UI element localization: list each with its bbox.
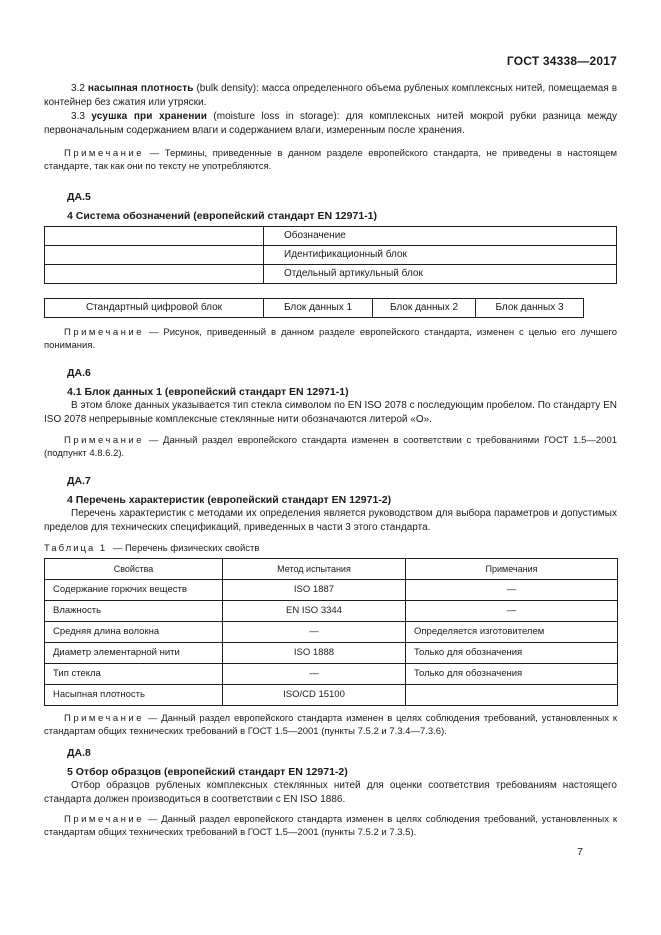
term-name: усушка при хранении: [91, 111, 207, 122]
doc-number: ГОСТ 34338—2017: [44, 54, 617, 68]
term-number: 3.3: [71, 111, 85, 122]
physical-properties-table: Свойства Метод испытания Примечания Соде…: [44, 558, 618, 706]
note-terms: Примечание — Термины, приведенные в данн…: [44, 147, 617, 173]
table-cell: Влажность: [45, 601, 223, 622]
table-row: Содержание горючих веществ ISO 1887 —: [45, 580, 618, 601]
table-cell: Средняя длина волокна: [45, 622, 223, 643]
note-label: Примечание: [64, 435, 144, 446]
table-row: Влажность EN ISO 3344 —: [45, 601, 618, 622]
table-cell: Насыпная плотность: [45, 685, 223, 706]
section-body-da7: Перечень характеристик с методами их опр…: [44, 507, 617, 535]
term-name: насыпная плотность: [88, 83, 194, 94]
column-header: Свойства: [45, 559, 223, 580]
section-label-da6: ДА.6: [44, 366, 617, 380]
caption-dash: —: [113, 543, 123, 554]
note-dash: —: [149, 435, 159, 446]
section-heading-characteristics: 4 Перечень характеристик (европейский ст…: [44, 493, 617, 507]
note-label: Примечание: [64, 814, 144, 825]
designation-table: Обозначение Идентификационный блок Отдел…: [44, 226, 617, 284]
table-cell: Блок данных 1: [264, 299, 373, 318]
note-da6: Примечание — Данный раздел европейского …: [44, 434, 617, 460]
table-row: Стандартный цифровой блок Блок данных 1 …: [45, 299, 584, 318]
data-blocks-table: Стандартный цифровой блок Блок данных 1 …: [44, 298, 584, 318]
column-header: Метод испытания: [223, 559, 406, 580]
table-cell: ISO 1887: [223, 580, 406, 601]
note-label: Примечание: [64, 713, 144, 724]
term-definition-3-3: 3.3 усушка при хранении (moisture loss i…: [44, 110, 617, 138]
table1-caption: Таблица 1 — Перечень физических свойств: [44, 542, 617, 555]
table-cell: Идентификационный блок: [264, 246, 617, 265]
section-label-da8: ДА.8: [44, 746, 617, 760]
table-cell: [406, 685, 618, 706]
table-header-row: Свойства Метод испытания Примечания: [45, 559, 618, 580]
table-row: Тип стекла — Только для обозначения: [45, 664, 618, 685]
term-number: 3.2: [71, 83, 85, 94]
table-cell: Отдельный артикульный блок: [264, 265, 617, 284]
table-cell: —: [406, 601, 618, 622]
section-heading-sampling: 5 Отбор образцов (европейский стандарт E…: [44, 765, 617, 779]
note-dash: —: [148, 814, 158, 825]
table-cell: EN ISO 3344: [223, 601, 406, 622]
table1-caption-text: Перечень физических свойств: [125, 543, 259, 554]
note-dash: —: [148, 713, 158, 724]
column-header: Примечания: [406, 559, 618, 580]
table-row: Идентификационный блок: [45, 246, 617, 265]
section-heading-designation-system: 4 Система обозначений (европейский станд…: [44, 209, 617, 223]
table-cell: Содержание горючих веществ: [45, 580, 223, 601]
table1-caption-label: Таблица 1: [44, 543, 107, 554]
table-cell: ISO 1888: [223, 643, 406, 664]
table-row: Отдельный артикульный блок: [45, 265, 617, 284]
document-page: ГОСТ 34338—2017 3.2 насыпная плотность (…: [0, 0, 661, 935]
section-body-da6: В этом блоке данных указывается тип стек…: [44, 399, 617, 427]
table-row: Насыпная плотность ISO/CD 15100: [45, 685, 618, 706]
note-figure: Примечание — Рисунок, приведенный в данн…: [44, 326, 617, 352]
table-cell-empty: [45, 246, 264, 265]
note-da8: Примечание — Данный раздел европейского …: [44, 813, 617, 839]
table-cell: Только для обозначения: [406, 643, 618, 664]
section-label-da5: ДА.5: [44, 190, 617, 204]
section-label-da7: ДА.7: [44, 474, 617, 488]
section-body-da8: Отбор образцов рубленых комплексных стек…: [44, 779, 617, 807]
table-cell: —: [223, 622, 406, 643]
term-definition-3-2: 3.2 насыпная плотность (bulk density): м…: [44, 82, 617, 110]
note-label: Примечание: [64, 327, 144, 338]
table-cell: ISO/CD 15100: [223, 685, 406, 706]
table-cell: Блок данных 2: [373, 299, 476, 318]
table-cell: Блок данных 3: [476, 299, 584, 318]
table-cell: Определяется изготовителем: [406, 622, 618, 643]
table-row: Средняя длина волокна — Определяется изг…: [45, 622, 618, 643]
table-row: Диаметр элементарной нити ISO 1888 Тольк…: [45, 643, 618, 664]
note-dash: —: [150, 148, 160, 159]
table-row: Обозначение: [45, 227, 617, 246]
table-cell: —: [223, 664, 406, 685]
table-cell: —: [406, 580, 618, 601]
table-cell: Обозначение: [264, 227, 617, 246]
note-label: Примечание: [64, 148, 144, 159]
section-heading-data-block-1: 4.1 Блок данных 1 (европейский стандарт …: [44, 385, 617, 399]
table-cell: Стандартный цифровой блок: [45, 299, 264, 318]
note-dash: —: [149, 327, 159, 338]
table-cell-empty: [45, 227, 264, 246]
page-number: 7: [44, 845, 617, 859]
note-da7: Примечание — Данный раздел европейского …: [44, 712, 617, 738]
table-cell-empty: [45, 265, 264, 284]
table-cell: Диаметр элементарной нити: [45, 643, 223, 664]
table-cell: Тип стекла: [45, 664, 223, 685]
table-cell: Только для обозначения: [406, 664, 618, 685]
